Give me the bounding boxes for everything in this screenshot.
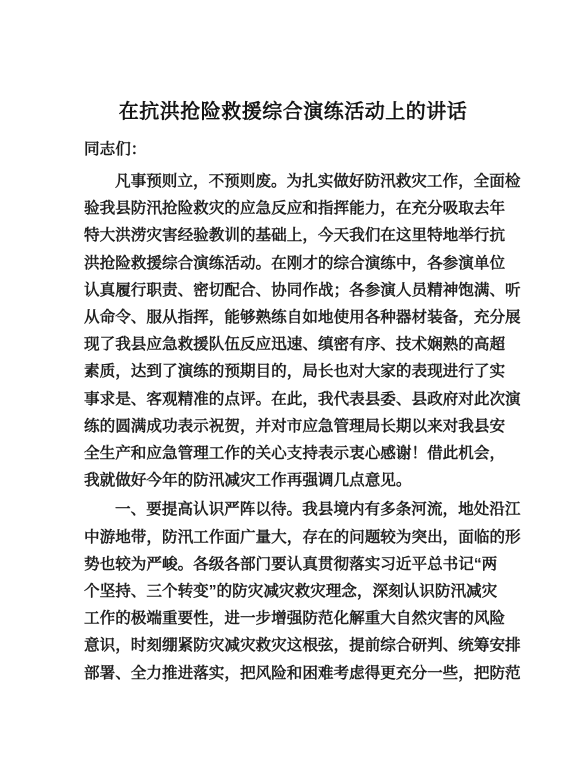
- text-line: 个坚持、三个转变”的防灾减灾救灾理念，深刻认识防汛减灾: [84, 578, 502, 605]
- document-title: 在抗洪抢险救援综合演练活动上的讲话: [84, 98, 502, 126]
- text-line: 认真履行职责、密切配合、协同作战；各参演人员精神饱满、听: [84, 277, 502, 304]
- paragraph-2: 一、要提高认识严阵以待。我县境内有多条河流，地处沿江中游地带，防汛工作面广量大，…: [84, 496, 502, 686]
- text-line: 事求是、客观精准的点评。在此，我代表县委、县政府对此次演: [84, 386, 502, 413]
- text-line: 意识，时刻绷紧防灾减灾救灾这根弦，提前综合研判、统筹安排: [84, 632, 502, 659]
- text-line: 验我县防汛抢险救灾的应急反应和指挥能力，在充分吸取去年: [84, 195, 502, 222]
- text-line: 从命令、服从指挥，能够熟练自如地使用各种器材装备，充分展: [84, 304, 502, 331]
- text-line: 凡事预则立，不预则废。为扎实做好防汛救灾工作，全面检: [84, 168, 502, 195]
- document-page: 在抗洪抢险救援综合演练活动上的讲话 同志们： 凡事预则立，不预则废。为扎实做好防…: [0, 0, 586, 759]
- text-line: 我就做好今年的防汛减灾工作再强调几点意见。: [84, 467, 502, 494]
- text-line: 练的圆满成功表示祝贺，并对市应急管理局长期以来对我县安: [84, 413, 502, 440]
- text-line: 全生产和应急管理工作的关心支持表示衷心感谢！借此机会，: [84, 440, 502, 467]
- text-line: 特大洪涝灾害经验教训的基础上，今天我们在这里特地举行抗: [84, 222, 502, 249]
- document-content: 在抗洪抢险救援综合演练活动上的讲话 同志们： 凡事预则立，不预则废。为扎实做好防…: [0, 0, 586, 687]
- text-line: 中游地带，防汛工作面广量大，存在的问题较为突出，面临的形: [84, 524, 502, 551]
- text-line: 一、要提高认识严阵以待。我县境内有多条河流，地处沿江: [84, 496, 502, 523]
- text-line: 势也较为严峻。各级各部门要认真贯彻落实习近平总书记“两: [84, 551, 502, 578]
- paragraph-1: 凡事预则立，不预则废。为扎实做好防汛救灾工作，全面检验我县防汛抢险救灾的应急反应…: [84, 168, 502, 494]
- salutation: 同志们：: [84, 139, 502, 161]
- text-line: 部署、全力推进落实，把风险和困难考虑得更充分一些，把防范: [84, 660, 502, 687]
- text-line: 现了我县应急救援队伍反应迅速、缜密有序、技术娴熟的高超: [84, 331, 502, 358]
- text-line: 工作的极端重要性，进一步增强防范化解重大自然灾害的风险: [84, 605, 502, 632]
- text-line: 洪抢险救援综合演练活动。在刚才的综合演练中，各参演单位: [84, 250, 502, 277]
- text-line: 素质，达到了演练的预期目的，局长也对大家的表现进行了实: [84, 358, 502, 385]
